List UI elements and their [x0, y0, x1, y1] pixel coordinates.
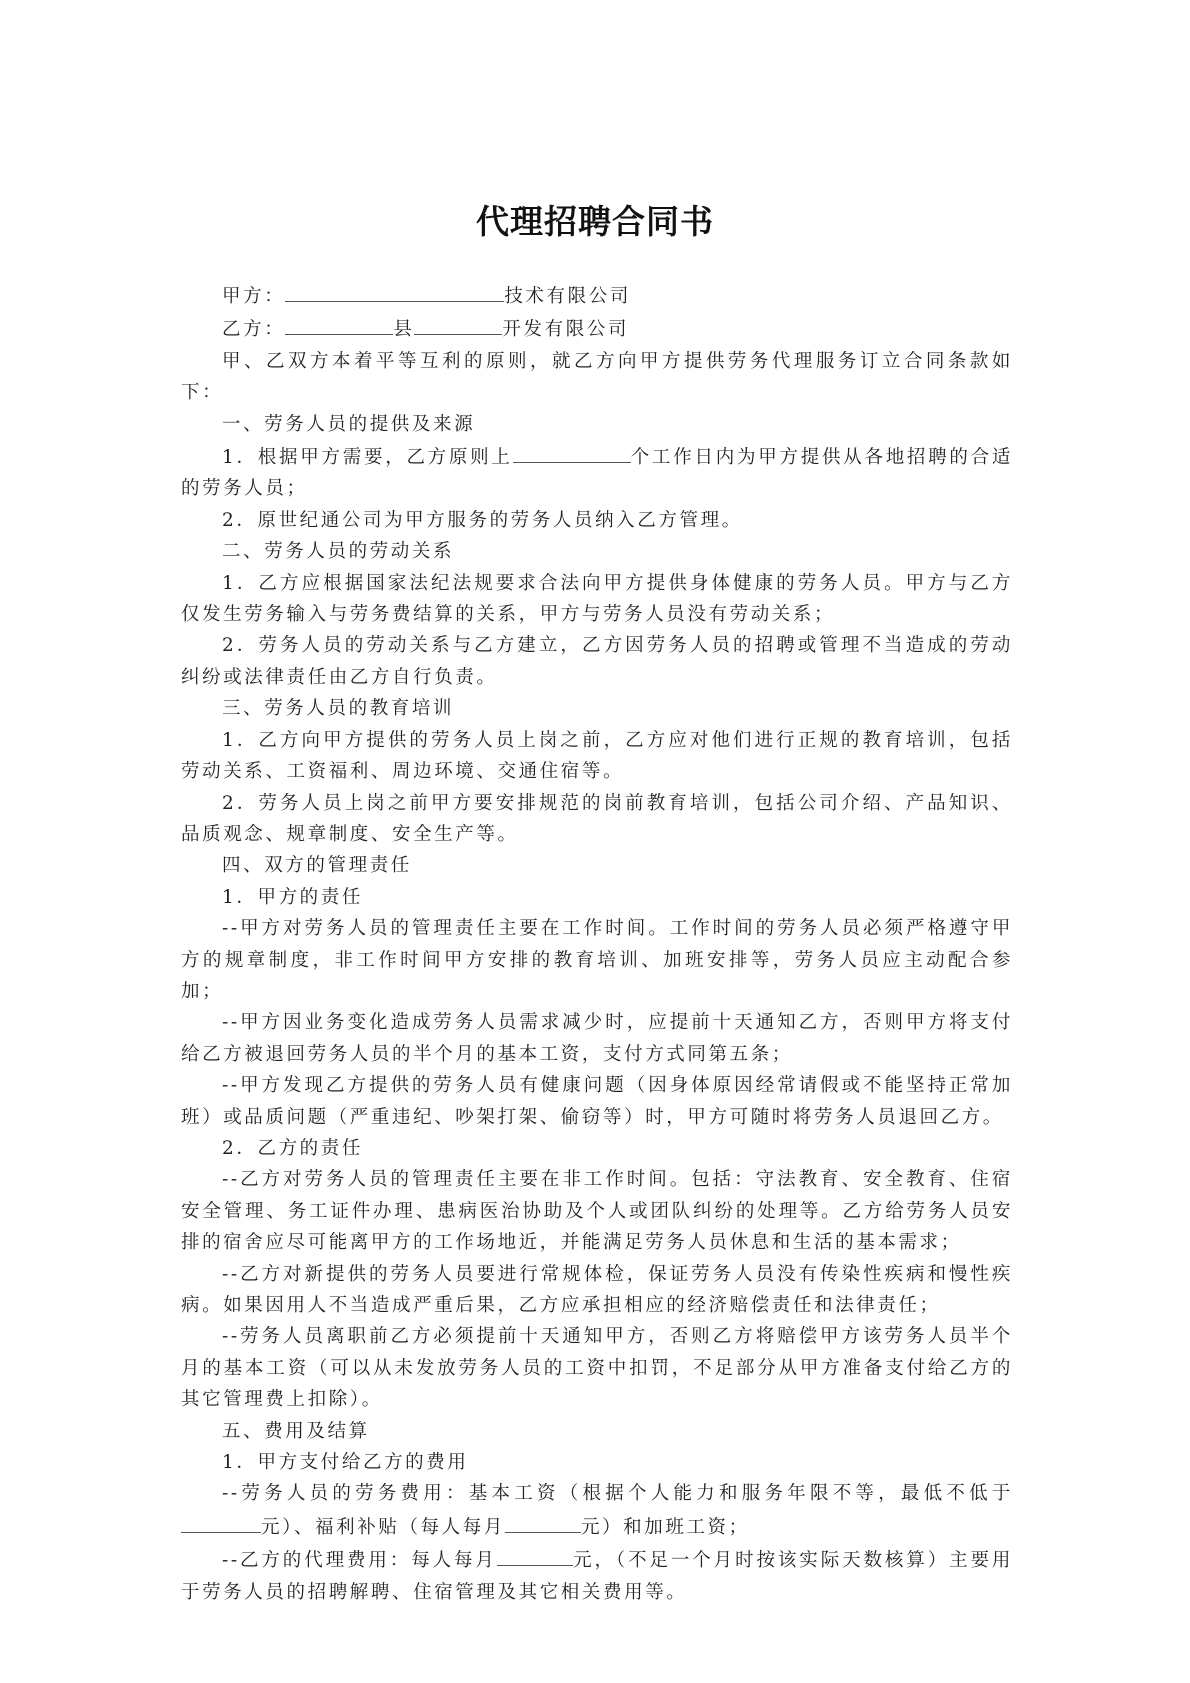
party-b-name-blank[interactable] — [414, 312, 502, 335]
clause-4-2-heading: 2．乙方的责任 — [181, 1133, 1013, 1164]
section-3-heading: 三、劳务人员的教育培训 — [181, 693, 1013, 724]
clause-4-2-a: --乙方对劳务人员的管理责任主要在非工作时间。包括：守法教育、安全教育、住宿安全… — [181, 1164, 1013, 1258]
subsidy-blank[interactable] — [505, 1510, 581, 1533]
clause-4-2-b: --乙方对新提供的劳务人员要进行常规体检，保证劳务人员没有传染性疾病和慢性疾病。… — [181, 1259, 1013, 1322]
party-b-county-label: 县 — [393, 319, 414, 340]
party-a-line: 甲方：技术有限公司 — [181, 279, 1013, 312]
document-body: 甲方：技术有限公司 乙方：县开发有限公司 甲、乙双方本着平等互利的原则，就乙方向… — [181, 279, 1013, 1608]
section-1-heading: 一、劳务人员的提供及来源 — [181, 409, 1013, 440]
section-2-heading: 二、劳务人员的劳动关系 — [181, 536, 1013, 567]
clause-3-1: 1．乙方向甲方提供的劳务人员上岗之前，乙方应对他们进行正规的教育培训，包括劳动关… — [181, 725, 1013, 788]
party-a-suffix: 技术有限公司 — [504, 286, 631, 307]
clause-1-2: 2．原世纪通公司为甲方服务的劳务人员纳入乙方管理。 — [181, 505, 1013, 536]
clause-5-1-b: --乙方的代理费用：每人每月元，（不足一个月时按该实际天数核算）主要用于劳务人员… — [181, 1543, 1013, 1608]
clause-1-1-before: 1．根据甲方需要，乙方原则上 — [222, 447, 513, 468]
section-5-heading: 五、费用及结算 — [181, 1416, 1013, 1447]
clause-2-2: 2．劳务人员的劳动关系与乙方建立，乙方因劳务人员的招聘或管理不当造成的劳动纠纷或… — [181, 630, 1013, 693]
clause-5-1-a-part2: 元）、福利补贴（每人每月 — [261, 1517, 505, 1538]
agency-fee-blank[interactable] — [497, 1543, 573, 1566]
clause-5-1-heading: 1．甲方支付给乙方的费用 — [181, 1447, 1013, 1478]
document-page: 代理招聘合同书 甲方：技术有限公司 乙方：县开发有限公司 甲、乙双方本着平等互利… — [0, 0, 1190, 1683]
clause-4-1-c: --甲方发现乙方提供的劳务人员有健康问题（因身体原因经常请假或不能坚持正常加班）… — [181, 1070, 1013, 1133]
party-a-name-blank[interactable] — [285, 279, 504, 302]
document-title: 代理招聘合同书 — [0, 196, 1190, 243]
clause-5-1-a-part1: --劳务人员的劳务费用：基本工资（根据个人能力和服务年限不等，最低不低于 — [222, 1483, 1013, 1504]
party-b-line: 乙方：县开发有限公司 — [181, 312, 1013, 345]
clause-2-1: 1．乙方应根据国家法纪法规要求合法向甲方提供身体健康的劳务人员。甲方与乙方仅发生… — [181, 568, 1013, 631]
clause-4-1-b: --甲方因业务变化造成劳务人员需求减少时，应提前十天通知乙方，否则甲方将支付给乙… — [181, 1007, 1013, 1070]
party-b-county-blank[interactable] — [285, 312, 393, 335]
clause-5-1-a: --劳务人员的劳务费用：基本工资（根据个人能力和服务年限不等，最低不低于元）、福… — [181, 1478, 1013, 1543]
party-b-label: 乙方： — [222, 319, 285, 340]
clause-1-1: 1．根据甲方需要，乙方原则上个工作日内为甲方提供从各地招聘的合适的劳务人员； — [181, 440, 1013, 505]
party-a-label: 甲方： — [222, 286, 285, 307]
clause-4-1-a: --甲方对劳务人员的管理责任主要在工作时间。工作时间的劳务人员必须严格遵守甲方的… — [181, 913, 1013, 1007]
workdays-blank[interactable] — [513, 440, 631, 463]
preamble: 甲、乙双方本着平等互利的原则，就乙方向甲方提供劳务代理服务订立合同条款如下： — [181, 346, 1013, 409]
clause-3-2: 2．劳务人员上岗之前甲方要安排规范的岗前教育培训，包括公司介绍、产品知识、品质观… — [181, 788, 1013, 851]
clause-5-1-b-part1: --乙方的代理费用：每人每月 — [222, 1550, 497, 1571]
party-b-suffix: 开发有限公司 — [502, 319, 629, 340]
clause-4-2-c: --劳务人员离职前乙方必须提前十天通知甲方，否则乙方将赔偿甲方该劳务人员半个月的… — [181, 1321, 1013, 1415]
min-wage-blank[interactable] — [181, 1510, 261, 1533]
clause-5-1-a-part3: 元）和加班工资； — [581, 1517, 750, 1538]
clause-4-1-heading: 1．甲方的责任 — [181, 882, 1013, 913]
section-4-heading: 四、双方的管理责任 — [181, 850, 1013, 881]
